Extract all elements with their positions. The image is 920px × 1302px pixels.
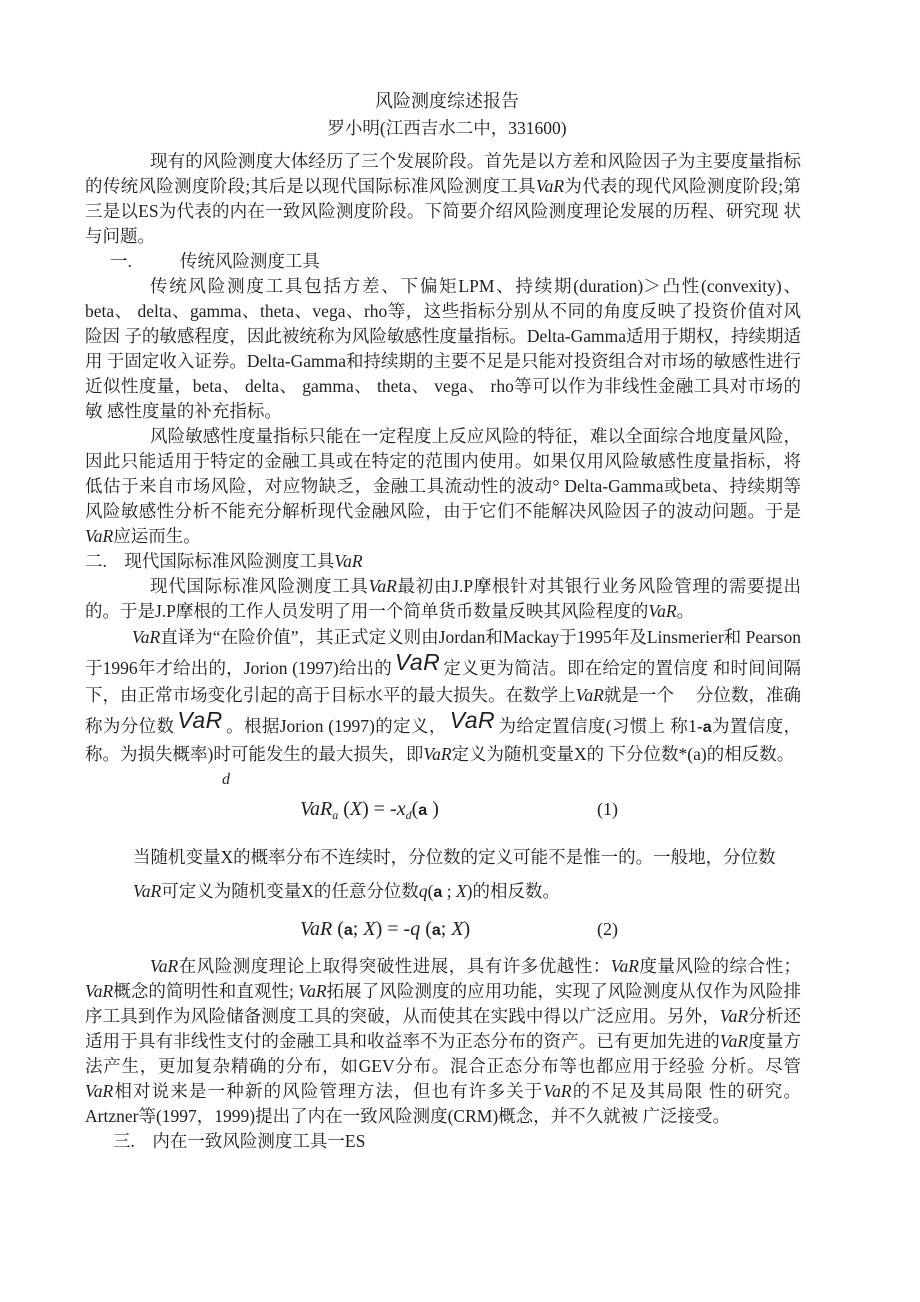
text-run: 概念的简明性和直观性;: [113, 981, 298, 1001]
text-run: a: [433, 884, 442, 901]
text-run: VaR: [132, 627, 160, 647]
text-run: VaR: [85, 981, 113, 1001]
text-run: VaR: [174, 707, 225, 733]
text-run: d: [222, 771, 230, 788]
text-run: 。: [677, 601, 695, 621]
text-run: 传统风险测度工具: [180, 251, 320, 271]
text-run: 二. 现代国际标准风险测度工具: [85, 551, 334, 571]
text-run: VaR: [543, 1081, 571, 1101]
text-run: 度量风险的综合性；: [639, 956, 801, 976]
paragraph: VaR直译为“在险价值”，其正式定义则由Jordan和Mackay于1995年及…: [85, 624, 801, 768]
text-run: 当随机变量X的概率分布不连续时，分位数的定义可能不是惟一的。一般地，分位数: [133, 847, 776, 867]
text-run: )的相反数。: [467, 881, 560, 901]
text-run: ;: [442, 881, 456, 901]
text-run: VaR: [423, 744, 451, 764]
text-run: (: [332, 918, 344, 940]
text-run: VaR: [300, 798, 332, 820]
text-run: q: [419, 881, 428, 901]
text-run: ;: [353, 918, 364, 940]
equation: VaR (a; X) = -q (a; X)(2): [85, 918, 801, 950]
text-run: VaR: [298, 981, 326, 1001]
text-run: ): [464, 918, 471, 940]
text-run: VaR: [536, 176, 564, 196]
text-run: VaR: [85, 1081, 113, 1101]
paragraph: 传统风险测度工具包括方差、下偏矩LPM、持续期(duration)＞凸性(con…: [85, 274, 801, 424]
document-body: 现有的风险测度大体经历了三个发展阶段。首先是以方差和风险因子为主要度量指标的传统…: [85, 149, 801, 1154]
text-run: X: [363, 918, 375, 940]
text-run: VaR: [334, 551, 362, 571]
text-run: VaR: [133, 881, 161, 901]
text-run: 相对说来是一种新的风险管理方法，但也有许多关于: [113, 1081, 543, 1101]
text-run: VaR: [611, 956, 639, 976]
paragraph: 当随机变量X的概率分布不连续时，分位数的定义可能不是惟一的。一般地，分位数VaR…: [133, 840, 801, 910]
text-run: 风险敏感性度量指标只能在一定程度上反应风险的特征，难以全面综合地度量风险，因此只…: [85, 426, 801, 521]
text-run: VaR: [576, 685, 604, 705]
text-run: a: [344, 922, 353, 939]
text-run: VaR: [720, 1031, 748, 1051]
document-page: 风险测度综述报告 罗小明(江西吉水二中，331600) 现有的风险测度大体经历了…: [0, 0, 920, 1302]
text-run: a: [418, 802, 427, 819]
text-run: VaR: [392, 649, 443, 675]
text-run: q: [410, 918, 420, 940]
text-run: 可定义为随机变量X的任意分位数: [161, 881, 419, 901]
equation-number: (2): [597, 919, 618, 940]
text-run: a: [703, 719, 712, 736]
text-run: VaR: [300, 918, 332, 940]
text-run: (: [420, 918, 432, 940]
section-heading: 二. 现代国际标准风险测度工具VaR: [85, 549, 801, 574]
text-run: 。根据Jorion (1997)的定义，: [226, 716, 447, 736]
page-title: 风险测度综述报告: [85, 88, 801, 115]
text-run: 定义为随机变量X的 下分位数*(a)的相反数。: [452, 744, 795, 764]
equation: VaRa (X) = -xd(a )(1): [85, 798, 801, 830]
text-run: X: [451, 918, 463, 940]
text-run: 三. 内在一致风险测度工具一ES: [113, 1131, 365, 1151]
text-run: 一.: [110, 251, 132, 271]
author-line: 罗小明(江西吉水二中，331600): [85, 115, 801, 142]
document-content: 风险测度综述报告 罗小明(江西吉水二中，331600) 现有的风险测度大体经历了…: [85, 88, 801, 1154]
text-run: 应运而生。: [113, 526, 201, 546]
text-run: 传统风险测度工具包括方差、下偏矩LPM、持续期(duration)＞凸性(con…: [85, 276, 801, 421]
text-run: ): [427, 798, 439, 820]
text-run: x: [397, 798, 406, 820]
paragraph: 现有的风险测度大体经历了三个发展阶段。首先是以方差和风险因子为主要度量指标的传统…: [85, 149, 801, 249]
text-run: VaR: [369, 576, 397, 596]
equation-body: VaRa (X) = -xd(a ): [300, 798, 439, 823]
equation-body: VaR (a; X) = -q (a; X): [300, 918, 470, 941]
text-run: VaR: [447, 707, 498, 733]
stray-formula-symbol: d: [222, 770, 801, 790]
section-heading: 一.传统风险测度工具: [110, 249, 801, 274]
text-run: VaR: [150, 956, 178, 976]
text-run: ) = -: [376, 918, 411, 940]
text-run: a: [432, 922, 441, 939]
text-run: X: [350, 798, 362, 820]
paragraph: 风险敏感性度量指标只能在一定程度上反应风险的特征，难以全面综合地度量风险，因此只…: [85, 424, 801, 549]
paragraph: VaR在风险测度理论上取得突破性进展，具有许多优越性：VaR度量风险的综合性；V…: [85, 954, 801, 1129]
paragraph: 现代国际标准风险测度工具VaR最初由J.P摩根针对其银行业务风险管理的需要提出的…: [85, 574, 801, 624]
equation-number: (1): [597, 799, 618, 820]
text-run: ) = -: [362, 798, 397, 820]
text-run: X: [456, 881, 467, 901]
text-run: ;: [441, 918, 452, 940]
text-run: 在风险测度理论上取得突破性进展，具有许多优越性：: [178, 956, 611, 976]
text-run: VaR: [720, 1006, 748, 1026]
text-run: 现代国际标准风险测度工具: [150, 576, 369, 596]
text-run: VaR: [85, 526, 113, 546]
section-heading: 三. 内在一致风险测度工具一ES: [113, 1129, 801, 1154]
text-run: (: [338, 798, 350, 820]
text-run: 为给定置信度(习惯上 称1-: [498, 716, 703, 736]
text-run: VaR: [648, 601, 676, 621]
